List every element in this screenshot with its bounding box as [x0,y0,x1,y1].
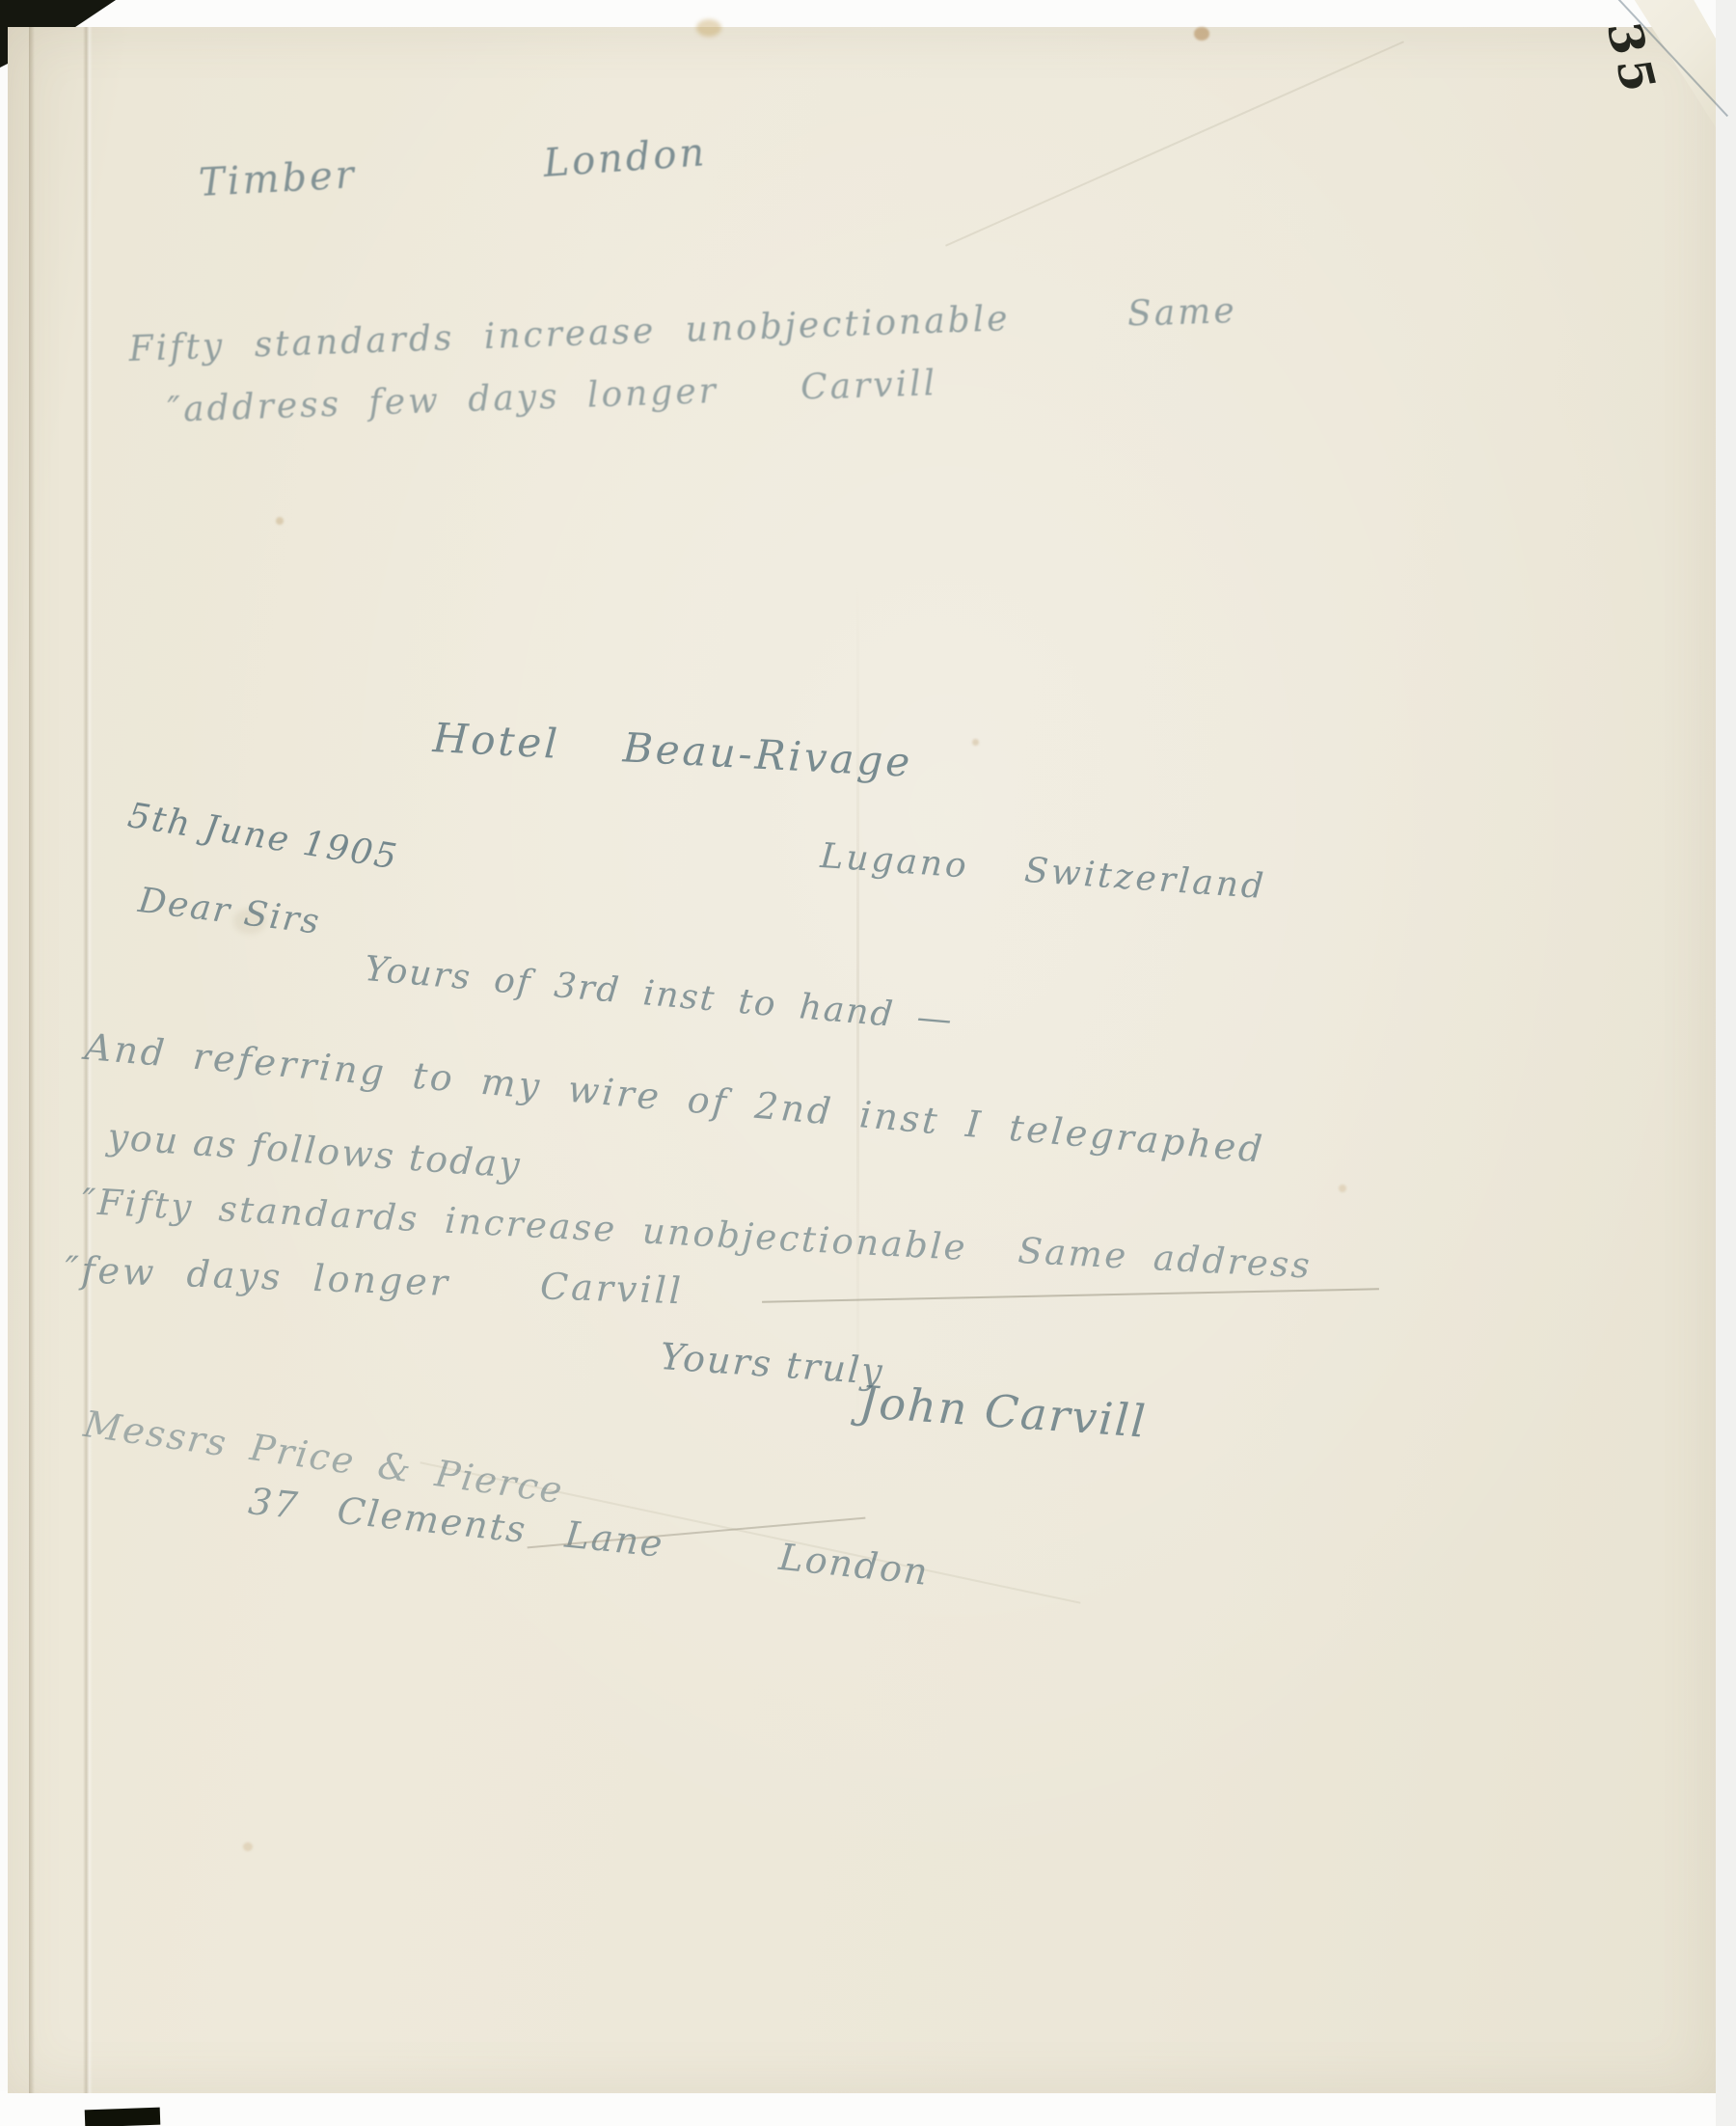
scan-margin-bottom [0,2091,1736,2126]
book-cover-sliver [85,2108,161,2126]
scan-margin-top [0,0,1736,29]
handwriting-telegram-heading-word: Timber [198,153,358,204]
scanned-letter-page: 35 Timber London Fifty standards increas… [0,0,1736,2126]
diagonal-crease [945,41,1404,246]
gutter-edge-shadow [29,27,35,2093]
scan-margin-right [1716,0,1736,2126]
